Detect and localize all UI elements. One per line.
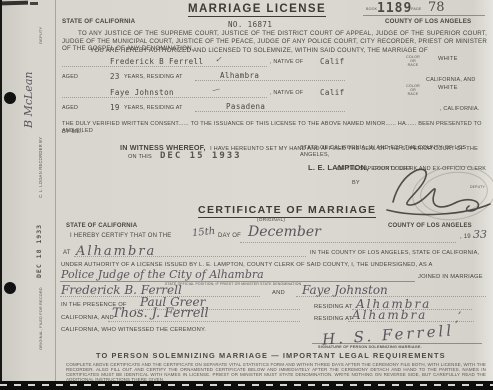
bride-check-mark: —	[211, 84, 221, 95]
margin-recorder-label: C. L. LOGAN RECORDER BY	[39, 116, 43, 198]
consent-line1: THE DULY VERIFIED WRITTEN CONSENT...... …	[62, 121, 487, 135]
signature-rule	[312, 343, 482, 344]
license-date-stamp: DEC 15 1933	[160, 151, 242, 161]
bride-state-note: , CALIFORNIA.	[440, 106, 479, 113]
day-of-label: DAY OF	[218, 233, 241, 240]
position-value: Police Judge of the City of Alhambra	[61, 268, 264, 281]
place-rule	[74, 256, 306, 257]
page-value: 78	[428, 0, 445, 15]
groom-age-value: 23	[110, 72, 120, 81]
bride-name-rule	[62, 97, 267, 98]
place-suffix: IN THE COUNTY OF LOS ANGELES, STATE OF C…	[310, 250, 479, 257]
bride-residence-rule	[195, 111, 345, 112]
at-label: AT	[63, 250, 71, 257]
scan-artifact	[30, 2, 38, 5]
date-rule	[240, 242, 456, 243]
book-page-rule	[363, 15, 485, 16]
certify-label: I HEREBY CERTIFY THAT ON THE	[70, 233, 172, 240]
groom-color-label: COLOR OR RACE	[404, 55, 422, 67]
witness2-name: Thos. J. Ferrell	[112, 306, 209, 321]
bride-native-value: Calif	[320, 88, 345, 97]
marriage-license-document: DEPUTY B McLean C. L. LOGAN RECORDER BY …	[0, 0, 493, 390]
month-value: December	[248, 224, 321, 240]
groom-residence-rule	[195, 80, 345, 81]
year-value: 33	[473, 228, 487, 241]
margin-filed-label: ORIGINAL, FILED FOR RECORD	[39, 280, 43, 350]
residing-label-2: RESIDING AT	[314, 316, 353, 323]
license-title: MARRIAGE LICENSE	[188, 3, 326, 17]
book-value: 1189	[377, 1, 412, 16]
california-and-label: CALIFORNIA, AND	[61, 315, 114, 322]
certificate-county: COUNTY OF LOS ANGELES	[388, 223, 472, 230]
residence2-comma: ,	[455, 312, 459, 325]
perforation-line	[0, 384, 493, 386]
page-label: PAGE	[411, 7, 422, 11]
on-this-label: ON THIS	[128, 154, 152, 161]
groom-residence-value: Alhambra	[220, 71, 259, 80]
groom-check-mark: ✓	[215, 55, 222, 64]
groom-native-label: , NATIVE OF	[270, 59, 303, 66]
margin-rule	[55, 0, 56, 382]
groom-aged-label: AGED	[62, 74, 78, 81]
scan-artifact	[2, 1, 28, 6]
certificate-state: STATE OF CALIFORNIA	[66, 223, 137, 230]
groom-state-note: CALIFORNIA, AND	[426, 77, 475, 84]
witness2-rule	[108, 321, 300, 322]
residence2-value: Alhambra	[352, 308, 427, 322]
bride-residing-label: YEARS, RESIDING AT	[124, 105, 183, 112]
license-number: NO. 16871	[228, 20, 272, 29]
deputy-label: DEPUTY	[470, 185, 485, 189]
position-caption: STATE OFFICIAL POSITION; IF PRIEST OR MI…	[165, 282, 301, 286]
year-label: , 19	[460, 234, 471, 241]
filed-date-stamp: DEC 18 1933	[35, 216, 43, 278]
groom-name-rule	[62, 66, 267, 67]
groom-name: Frederick B Ferrell	[110, 57, 203, 66]
groom-native-value: Calif	[320, 57, 345, 66]
bride-age-value: 19	[110, 103, 120, 112]
bride-race-value: WHITE	[438, 85, 458, 92]
legal-header: TO PERSON SOLEMNIZING MARRIAGE — IMPORTA…	[96, 352, 446, 359]
authorize-line: YOU ARE HEREBY AUTHORIZED AND LICENSED T…	[90, 47, 450, 54]
legal-fine-print: COMPLETE ABOVE CERTIFICATE AND THE CERTI…	[66, 362, 486, 382]
bride-color-label: COLOR OR RACE	[404, 84, 422, 96]
margin-deputy-label: DEPUTY	[39, 10, 43, 44]
by-label: BY	[352, 180, 360, 187]
book-label: BOOK	[366, 7, 377, 11]
residing-label-1: RESIDING AT	[314, 304, 353, 311]
day-value: 15th	[191, 226, 215, 239]
bride-native-label: , NATIVE OF	[270, 90, 303, 97]
margin-deputy-signature: B McLean	[22, 44, 35, 128]
and-label: AND	[272, 290, 285, 297]
license-state: STATE OF CALIFORNIA	[62, 18, 135, 25]
license-county: COUNTY OF LOS ANGELES	[385, 18, 471, 25]
signature-caption: SIGNATURE OF PERSON SOLEMNIZING MARRIAGE…	[318, 345, 422, 349]
residence2-rule	[348, 321, 474, 322]
bride-aged-label: AGED	[62, 105, 78, 112]
joined-label: JOINED IN MARRIAGE	[418, 274, 483, 281]
groom-race-value: WHITE	[438, 56, 458, 63]
hole-punch	[4, 282, 16, 294]
scan-edge-left	[0, 0, 2, 390]
certificate-bride-name: Faye Johnston	[302, 283, 388, 297]
hole-punch	[4, 92, 16, 104]
bride-residence-value: Pasadena	[226, 102, 265, 111]
groom-residing-label: YEARS, RESIDING AT	[124, 74, 183, 81]
certificate-subtitle: (ORIGINAL)	[257, 217, 285, 224]
certificate-title: CERTIFICATE OF MARRIAGE	[198, 204, 376, 218]
scan-edge-bottom	[0, 381, 493, 390]
witnessed-line: CALIFORNIA, WHO WITNESSED THE CEREMONY.	[61, 327, 206, 334]
consent-line2: BY ME.	[62, 129, 82, 136]
bride-name: Faye Johnston	[110, 88, 174, 97]
